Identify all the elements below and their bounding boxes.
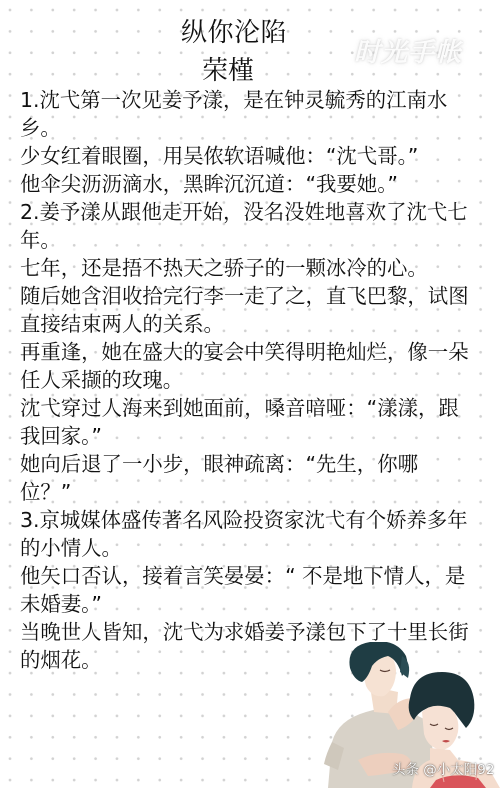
text-line: 他伞尖沥沥滴水，黑眸沉沉道：“我要她。” [20,170,480,198]
text-line: 年。 [20,226,480,254]
text-line: 少女红着眼圈，用吴侬软语喊他：“沈弋哥。” [20,142,480,170]
text-line: 3.京城媒体盛传著名风险投资家沈弋有个娇养多年 [20,506,480,534]
text-line: 随后她含泪收拾完行李一走了之，直飞巴黎，试图 [20,282,480,310]
text-line: 她向后退了一小步，眼神疏离：“先生，你哪 [20,450,480,478]
text-line: 2.姜予漾从跟他走开始，没名没姓地喜欢了沈弋七 [20,198,480,226]
text-line: 位？” [20,478,480,506]
text-line: 沈弋穿过人海来到她面前，嗓音喑哑：“漾漾，跟 [20,394,480,422]
text-line: 七年，还是捂不热天之骄子的一颗冰冷的心。 [20,254,480,282]
book-author: 荣槿 [0,54,456,88]
text-line: 再重逢，她在盛大的宴会中笑得明艳灿烂，像一朵 [20,338,480,366]
synopsis-text: 1.沈弋第一次见姜予漾，是在钟灵毓秀的江南水 乡。 少女红着眼圈，用吴侬软语喊他… [20,86,480,674]
text-line: 直接结束两人的关系。 [20,310,480,338]
text-line: 1.沈弋第一次见姜予漾，是在钟灵毓秀的江南水 [20,86,480,114]
text-line: 我回家。” [20,422,480,450]
text-line: 的小情人。 [20,534,480,562]
text-line: 任人采撷的玫瑰。 [20,366,480,394]
text-line: 乡。 [20,114,480,142]
book-title: 纵你沦陷 [0,16,468,50]
text-line: 未婚妻。” [20,590,480,618]
source-watermark: 头条 @小太阳92 [392,758,494,778]
text-line: 他矢口否认，接着言笑晏晏：“ 不是地下情人，是 [20,562,480,590]
